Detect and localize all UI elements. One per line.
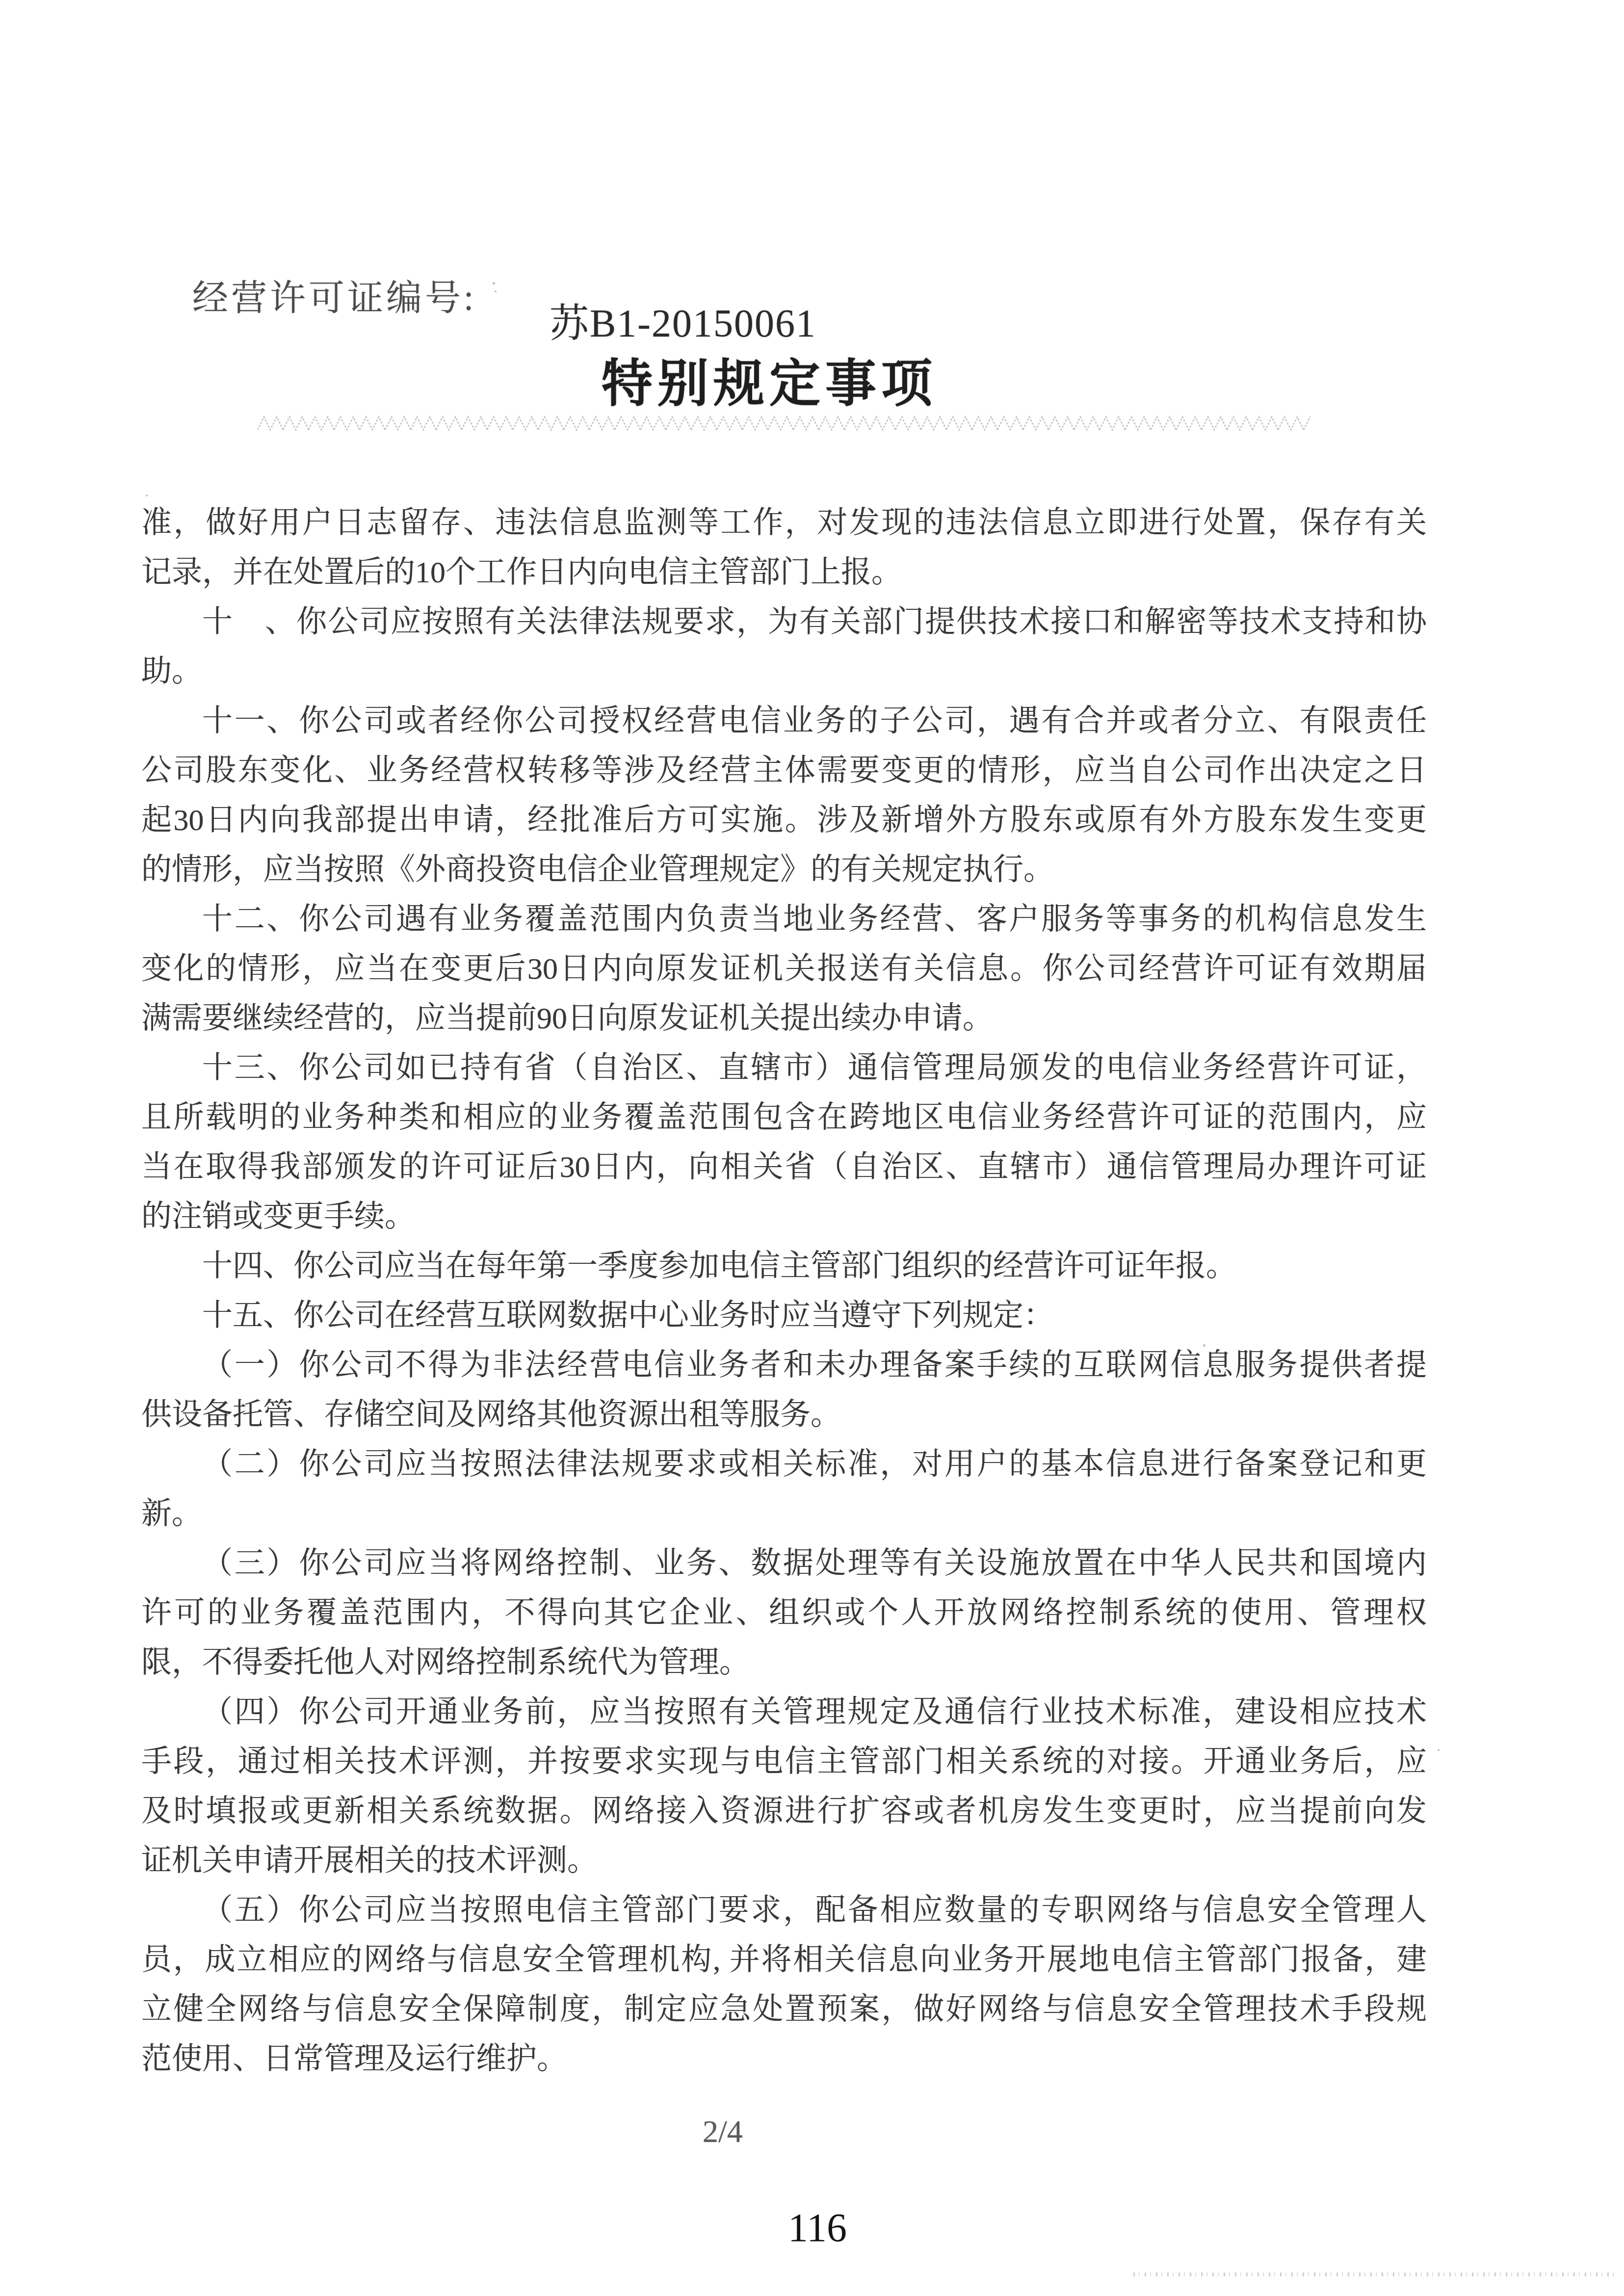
text-line: 且所载明的业务种类和相应的业务覆盖范围包含在跨地区电信业务经营许可证的范围内，应 — [141, 1093, 1427, 1143]
text-line: 起30日内向我部提出申请，经批准后方可实施。涉及新增外方股东或原有外方股东发生变… — [141, 796, 1427, 845]
text-line: 范使用、日常管理及运行维护。 — [141, 2035, 1427, 2084]
scan-speck — [146, 495, 148, 496]
text-line: （四）你公司开通业务前，应当按照有关管理规定及通信行业技术标准，建设相应技术 — [141, 1688, 1427, 1737]
license-number-label: 经营许可证编号: — [192, 269, 476, 320]
text-line: 证机关申请开展相关的技术评测。 — [141, 1836, 1427, 1886]
text-line: 十二、你公司遇有业务覆盖范围内负责当地业务经营、客户服务等事务的机构信息发生 — [141, 895, 1427, 944]
text-line: 十 、你公司应按照有关法律法规要求，为有关部门提供技术接口和解密等技术支持和协 — [141, 598, 1427, 647]
text-line: 限，不得委托他人对网络控制系统代为管理。 — [141, 1638, 1427, 1688]
text-line: 新。 — [141, 1489, 1427, 1539]
scanned-document-page: 经营许可证编号: 苏B1-20150061 特别规定事项 准，做好用户日志留存、… — [0, 0, 1624, 2296]
text-line: 十一、你公司或者经你公司授权经营电信业务的子公司，遇有合并或者分立、有限责任 — [141, 697, 1427, 746]
text-line: 员，成立相应的网络与信息安全管理机构, 并将相关信息向业务开展地电信主管部门报备… — [141, 1935, 1427, 1985]
text-line: 变化的情形，应当在变更后30日内向原发证机关报送有关信息。你公司经营许可证有效期… — [141, 944, 1427, 994]
text-line: 满需要继续经营的，应当提前90日向原发证机关提出续办申请。 — [141, 994, 1427, 1044]
text-line: （三）你公司应当将网络控制、业务、数据处理等有关设施放置在中华人民共和国境内 — [141, 1539, 1427, 1589]
text-line: 供设备托管、存储空间及网络其他资源出租等服务。 — [141, 1390, 1427, 1440]
text-line: 助。 — [141, 647, 1427, 697]
text-line: 十五、你公司在经营互联网数据中心业务时应当遵守下列规定： — [141, 1291, 1427, 1341]
scan-speck — [493, 282, 495, 285]
body-text: 准，做好用户日志留存、违法信息监测等工作，对发现的违法信息立即进行处置，保存有关… — [141, 498, 1427, 2084]
text-line: 手段，通过相关技术评测，并按要求实现与电信主管部门相关系统的对接。开通业务后，应 — [141, 1737, 1427, 1787]
page-title: 特别规定事项 — [602, 342, 937, 416]
text-line: 十四、你公司应当在每年第一季度参加电信主管部门组织的经营许可证年报。 — [141, 1242, 1427, 1291]
text-line: 及时填报或更新相关系统数据。网络接入资源进行扩容或者机房发生变更时，应当提前向发 — [141, 1787, 1427, 1836]
scan-speck — [1203, 1344, 1205, 1347]
text-line: 公司股东变化、业务经营权转移等涉及经营主体需要变更的情形，应当自公司作出决定之日 — [141, 746, 1427, 796]
license-number-value: 苏B1-20150061 — [550, 291, 816, 348]
page-number: 116 — [788, 2205, 847, 2251]
text-line: （二）你公司应当按照法律法规要求或相关标准，对用户的基本信息进行备案登记和更 — [141, 1440, 1427, 1489]
text-line: 许可的业务覆盖范围内，不得向其它企业、组织或个人开放网络控制系统的使用、管理权 — [141, 1589, 1427, 1638]
text-line: 立健全网络与信息安全保障制度，制定应急处置预案，做好网络与信息安全管理技术手段规 — [141, 1985, 1427, 2035]
scan-speck — [1438, 1749, 1440, 1751]
text-line: 的情形，应当按照《外商投资电信企业管理规定》的有关规定执行。 — [141, 845, 1427, 895]
text-line: 当在取得我部颁发的许可证后30日内，向相关省（自治区、直辖市）通信管理局办理许可… — [141, 1143, 1427, 1192]
text-line: 的注销或变更手续。 — [141, 1192, 1427, 1242]
text-line: 准，做好用户日志留存、违法信息监测等工作，对发现的违法信息立即进行处置，保存有关 — [141, 498, 1427, 548]
text-line: 十三、你公司如已持有省（自治区、直辖市）通信管理局颁发的电信业务经营许可证， — [141, 1044, 1427, 1093]
text-line: （一）你公司不得为非法经营电信业务者和未办理备案手续的互联网信息服务提供者提 — [141, 1341, 1427, 1390]
wavy-divider — [258, 413, 1310, 435]
scan-speck — [495, 290, 497, 292]
text-line: （五）你公司应当按照电信主管部门要求，配备相应数量的专职网络与信息安全管理人 — [141, 1886, 1427, 1935]
page-indicator: 2/4 — [703, 2113, 743, 2150]
text-line: 记录，并在处置后的10个工作日内向电信主管部门上报。 — [141, 548, 1427, 598]
scan-artifact-line — [1133, 2272, 1617, 2276]
